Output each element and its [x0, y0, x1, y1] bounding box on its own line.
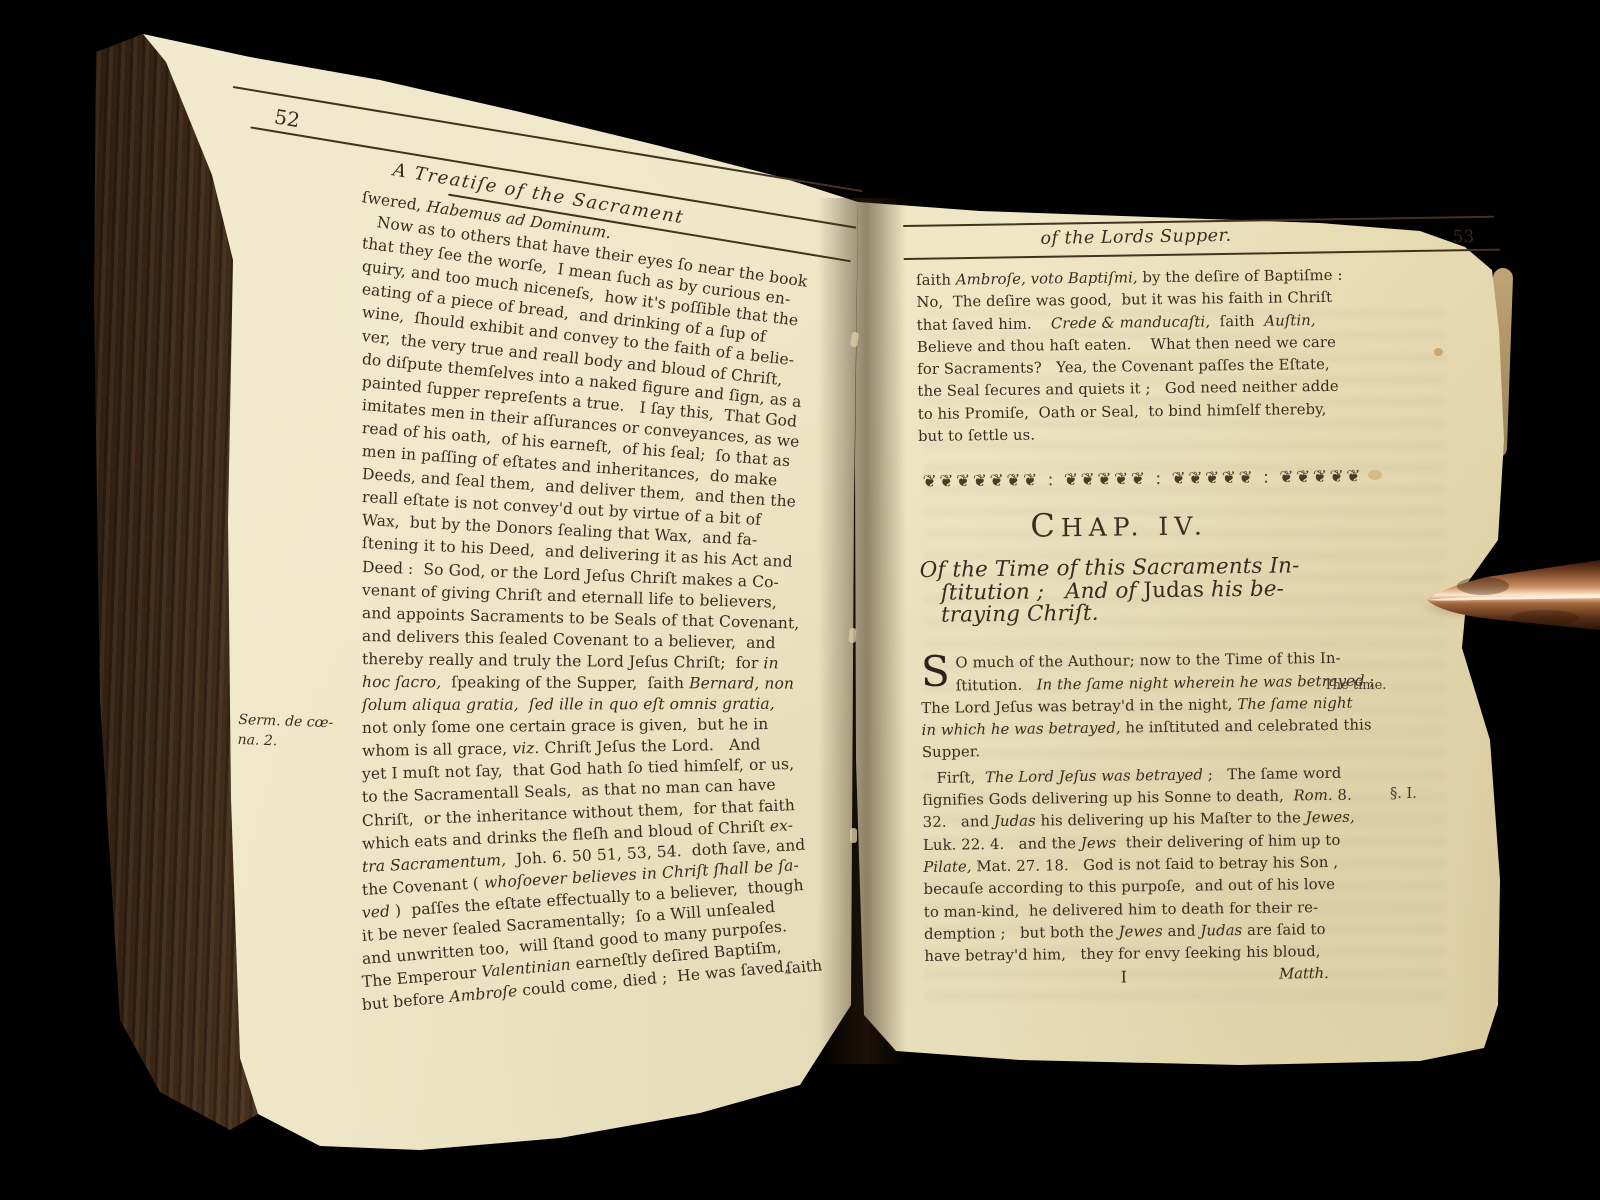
- left-page-text-block: ſwered, Habemus ad Dominum. Now as to ot…: [362, 186, 842, 1017]
- paragraph: Firſt, The Lord Jeſus was betrayed ; The…: [922, 763, 1324, 969]
- right-catchword: Matth.: [1279, 965, 1329, 983]
- chapter-label: CHAP. IV.: [919, 503, 1319, 546]
- text-line: but to ſettle us.: [918, 421, 1318, 448]
- left-margin-note: Serm. de cœ- na. 2.: [237, 710, 358, 754]
- gathering-signature: I: [1121, 968, 1127, 987]
- printer-ornament-row: ❦❦❦❦❦❦❦ : ❦❦❦❦❦ : ❦❦❦❦❦ : ❦❦❦❦❦: [918, 467, 1318, 492]
- paragraph-lines: O much of the Authour; now to the Time o…: [921, 648, 1322, 764]
- margin-note-section-1: §. I.: [1390, 786, 1417, 802]
- text-line: ſtitution ; And of Judas his be-: [920, 578, 1320, 605]
- right-page-number: 53: [1452, 227, 1474, 247]
- pen-pointer-icon: [1395, 540, 1600, 650]
- text-line: Supper.: [922, 738, 1322, 765]
- paper-stain: [1434, 348, 1443, 356]
- text-line: have betray'd him, they for envy ſeeking…: [924, 941, 1324, 968]
- margin-note-line: na. 2.: [237, 730, 358, 754]
- signature-row: I Matth.: [925, 965, 1325, 994]
- binding-stitch: [850, 828, 857, 843]
- paragraph: ſaith Ambroſe, voto Baptiſmi, by the deſ…: [916, 265, 1318, 448]
- paragraph: S O much of the Authour; now to the Time…: [921, 648, 1322, 764]
- paper-stain: [1368, 470, 1382, 480]
- text-line: traying Chriſt.: [920, 600, 1320, 627]
- left-catchword: ſaith: [785, 956, 823, 977]
- right-running-title: of the Lords Supper.: [903, 224, 1369, 251]
- margin-note-the-time: The time.: [1324, 678, 1386, 693]
- binding-stitch: [848, 628, 856, 643]
- right-page-text-block: ſaith Ambroſe, voto Baptiſmi, by the deſ…: [916, 265, 1325, 994]
- chapter-title: Of the Time of this Sacraments In- ſtitu…: [920, 555, 1321, 627]
- photo-of-open-book: { "book": { "colors": { "background": "#…: [0, 0, 1600, 1200]
- drop-cap: S: [921, 653, 956, 689]
